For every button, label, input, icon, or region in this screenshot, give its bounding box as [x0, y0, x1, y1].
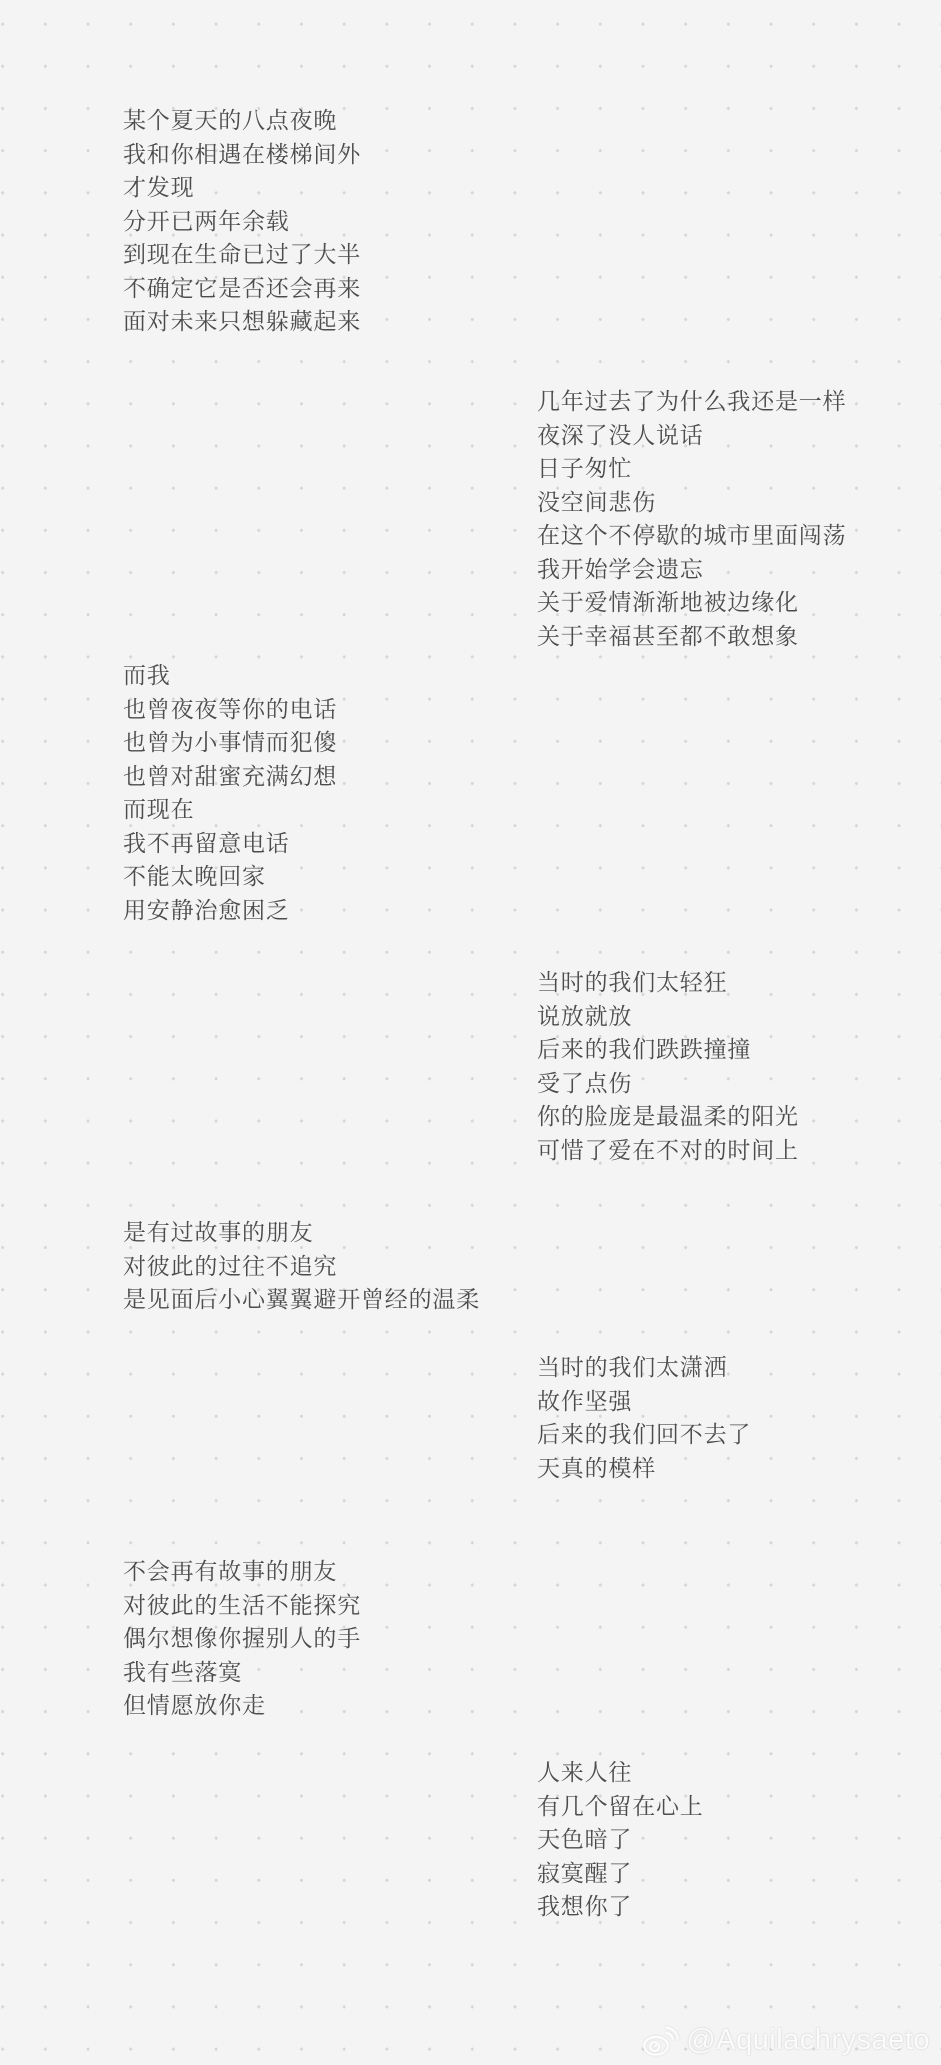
stanza-7: 不会再有故事的朋友对彼此的生活不能探究偶尔想像你握别人的手我有些落寞但情愿放你走	[123, 1555, 361, 1723]
lyric-line: 对彼此的生活不能探究	[123, 1589, 361, 1623]
watermark: @Aquilachrysaeto	[642, 2024, 930, 2057]
stanza-3: 而我也曾夜夜等你的电话也曾为小事情而犯傻也曾对甜蜜充满幻想而现在我不再留意电话不…	[123, 659, 337, 927]
stanza-2: 几年过去了为什么我还是一样夜深了没人说话日子匆忙没空间悲伤在这个不停歇的城市里面…	[537, 385, 846, 653]
lyric-line: 偶尔想像你握别人的手	[123, 1622, 361, 1656]
lyric-line: 人来人往	[537, 1756, 704, 1790]
lyric-line: 不会再有故事的朋友	[123, 1555, 361, 1589]
lyric-line: 关于幸福甚至都不敢想象	[537, 620, 846, 654]
lyric-line: 说放就放	[537, 1000, 799, 1034]
lyric-line: 不能太晚回家	[123, 860, 337, 894]
lyric-line: 我和你相遇在楼梯间外	[123, 138, 361, 172]
lyric-line: 当时的我们太潇洒	[537, 1351, 751, 1385]
stanza-6: 当时的我们太潇洒故作坚强后来的我们回不去了天真的模样	[537, 1351, 751, 1485]
lyrics-card: 某个夏天的八点夜晚我和你相遇在楼梯间外才发现分开已两年余载到现在生命已过了大半不…	[0, 0, 941, 2065]
lyric-line: 寂寞醒了	[537, 1857, 704, 1891]
stanza-4: 当时的我们太轻狂说放就放后来的我们跌跌撞撞受了点伤你的脸庞是最温柔的阳光可惜了爱…	[537, 966, 799, 1167]
lyric-line: 也曾为小事情而犯傻	[123, 726, 337, 760]
lyric-line: 用安静治愈困乏	[123, 894, 337, 928]
lyric-line: 而我	[123, 659, 337, 693]
lyric-line: 没空间悲伤	[537, 486, 846, 520]
lyric-line: 夜深了没人说话	[537, 419, 846, 453]
lyric-line: 对彼此的过往不追究	[123, 1250, 480, 1284]
lyric-line: 而现在	[123, 793, 337, 827]
lyric-line: 不确定它是否还会再来	[123, 272, 361, 306]
lyric-line: 关于爱情渐渐地被边缘化	[537, 586, 846, 620]
lyric-line: 才发现	[123, 171, 361, 205]
lyric-line: 也曾对甜蜜充满幻想	[123, 760, 337, 794]
lyric-line: 当时的我们太轻狂	[537, 966, 799, 1000]
lyric-line: 后来的我们跌跌撞撞	[537, 1033, 799, 1067]
lyric-line: 天真的模样	[537, 1452, 751, 1486]
lyric-line: 故作坚强	[537, 1385, 751, 1419]
lyric-line: 是有过故事的朋友	[123, 1216, 480, 1250]
stanza-5: 是有过故事的朋友对彼此的过往不追究是见面后小心翼翼避开曾经的温柔	[123, 1216, 480, 1317]
watermark-handle: @Aquilachrysaeto	[686, 2024, 930, 2057]
lyric-line: 某个夏天的八点夜晚	[123, 104, 361, 138]
stanza-1: 某个夏天的八点夜晚我和你相遇在楼梯间外才发现分开已两年余载到现在生命已过了大半不…	[123, 104, 361, 339]
lyric-line: 我开始学会遗忘	[537, 553, 846, 587]
lyric-line: 日子匆忙	[537, 452, 846, 486]
lyric-line: 在这个不停歇的城市里面闯荡	[537, 519, 846, 553]
lyric-line: 我不再留意电话	[123, 827, 337, 861]
weibo-icon	[642, 2024, 680, 2057]
lyric-line: 几年过去了为什么我还是一样	[537, 385, 846, 419]
lyric-line: 也曾夜夜等你的电话	[123, 693, 337, 727]
lyric-line: 后来的我们回不去了	[537, 1418, 751, 1452]
stanza-8: 人来人往有几个留在心上天色暗了寂寞醒了我想你了	[537, 1756, 704, 1924]
lyric-line: 分开已两年余载	[123, 205, 361, 239]
lyric-line: 受了点伤	[537, 1067, 799, 1101]
lyric-line: 但情愿放你走	[123, 1689, 361, 1723]
lyric-line: 你的脸庞是最温柔的阳光	[537, 1100, 799, 1134]
lyric-line: 我想你了	[537, 1890, 704, 1924]
lyric-line: 到现在生命已过了大半	[123, 238, 361, 272]
lyric-line: 是见面后小心翼翼避开曾经的温柔	[123, 1283, 480, 1317]
lyric-line: 面对未来只想躲藏起来	[123, 305, 361, 339]
lyric-line: 有几个留在心上	[537, 1790, 704, 1824]
lyric-line: 天色暗了	[537, 1823, 704, 1857]
lyric-line: 我有些落寞	[123, 1656, 361, 1690]
lyric-line: 可惜了爱在不对的时间上	[537, 1134, 799, 1168]
